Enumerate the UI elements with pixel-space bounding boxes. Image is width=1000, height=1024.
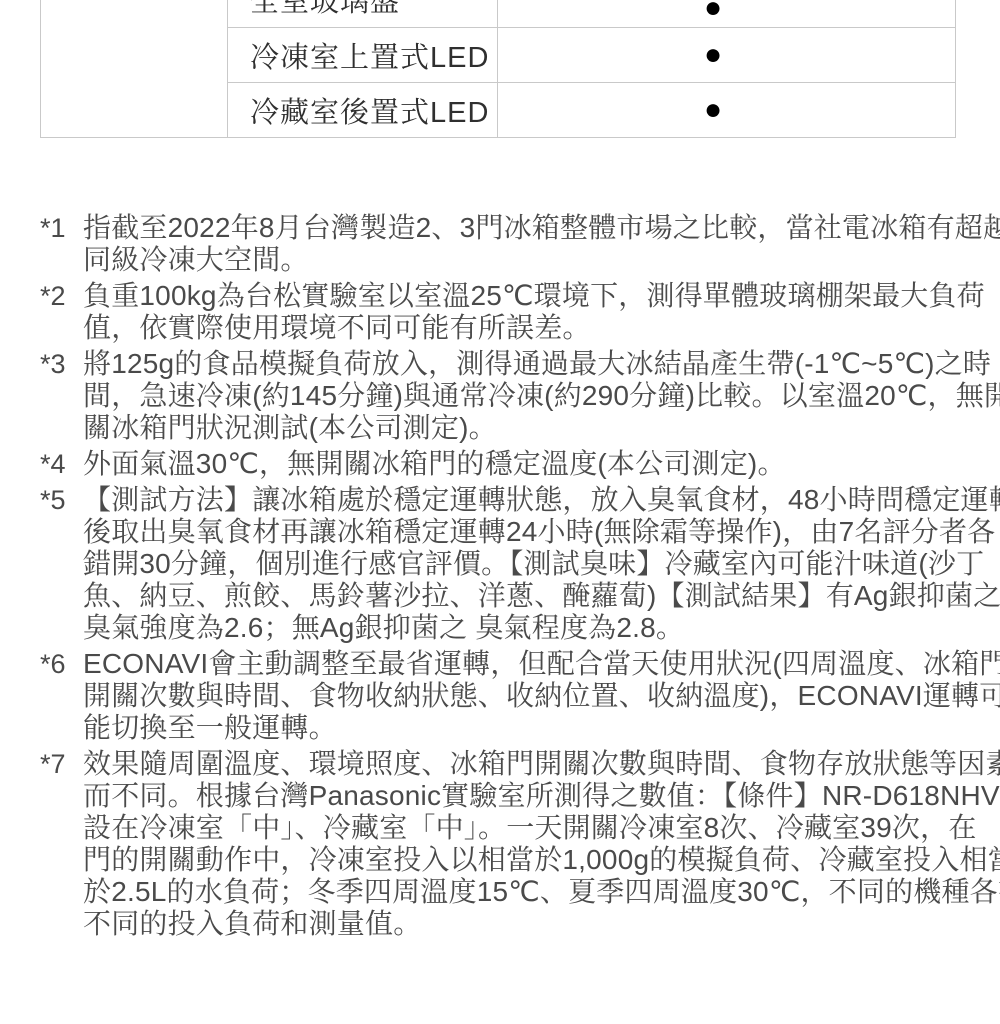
feature-label-cell: 冷藏室後置式LED (228, 83, 498, 137)
footnote-line: 門的開關動作中，冷凍室投入以相當於1,000g的模擬負荷、冷藏室投入相當 (83, 844, 960, 876)
footnote-line: 不同的投入負荷和測量值。 (83, 908, 960, 940)
footnote-line: 外面氣溫30℃，無開關冰箱門的穩定溫度(本公司測定)。 (83, 448, 960, 480)
feature-label-cell: 全室玻璃盤 (228, 0, 498, 27)
footnote-line: 值，依實際使用環境不同可能有所誤差。 (83, 312, 960, 344)
footnote-line: 設在冷凍室「中」、冷藏室「中」。一天開關冷凍室8次、冷藏室39次，在 (83, 812, 960, 844)
footnote-item: *3 將125g的食品模擬負荷放入，測得通過最大冰結晶產生帶(-1℃~5℃)之時… (40, 348, 960, 444)
footnote-text: ECONAVI會主動調整至最省運轉，但配合當天使用狀況(四周溫度、冰箱門開關次數… (83, 648, 960, 744)
footnote-marker: *2 (40, 280, 83, 344)
footnote-line: ECONAVI會主動調整至最省運轉，但配合當天使用狀況(四周溫度、冰箱門 (83, 648, 960, 680)
footnote-line: 同級冷凍大空間。 (83, 244, 960, 276)
footnote-item: *4 外面氣溫30℃，無開關冰箱門的穩定溫度(本公司測定)。 (40, 448, 960, 480)
footnote-line: 臭氣強度為2.6；無Ag銀抑菌之 臭氣程度為2.8。 (83, 612, 960, 644)
footnote-line: 於2.5L的水負荷；冬季四周溫度15℃、夏季四周溫度30℃，不同的機種各有 (83, 876, 960, 908)
footnote-line: 開關次數與時間、食物收納狀態、收納位置、收納溫度)，ECONAVI運轉可 (83, 680, 960, 712)
footnote-line: 錯開30分鐘，個別進行感官評價。【測試臭味】冷藏室內可能汁味道(沙丁 (83, 548, 960, 580)
footnote-line: 後取出臭氧食材再讓冰箱穩定運轉24小時(無除霜等操作)，由7名評分者各自 (83, 516, 960, 548)
table-row: 冷凍室上置式LED ● (228, 28, 956, 84)
footnote-item: *5 【測試方法】讓冰箱處於穩定運轉狀態，放入臭氧食材，48小時問穩定運轉後取出… (40, 484, 960, 644)
footnote-text: 負重100kg為台松實驗室以室溫25℃環境下，測得單體玻璃棚架最大負荷值，依實際… (83, 280, 960, 344)
footnote-line: 魚、納豆、煎餃、馬鈴薯沙拉、洋蔥、醃蘿蔔)【測試結果】有Ag銀抑菌之 (83, 580, 960, 612)
product-spec-page: 全室玻璃盤 ● 冷凍室上置式LED ● 冷藏室後置式LED ● *1 指截至20… (0, 0, 1000, 1024)
footnote-text: 外面氣溫30℃，無開關冰箱門的穩定溫度(本公司測定)。 (83, 448, 960, 480)
footnote-item: *1 指截至2022年8月台灣製造2、3門冰箱整體市場之比較，當社電冰箱有超越同… (40, 212, 960, 276)
availability-dot-icon: ● (704, 40, 722, 70)
footnote-line: 間，急速冷凍(約145分鐘)與通常冷凍(約290分鐘)比較。以室溫20℃，無開 (83, 380, 960, 412)
footnote-text: 指截至2022年8月台灣製造2、3門冰箱整體市場之比較，當社電冰箱有超越同級冷凍… (83, 212, 960, 276)
footnote-marker: *7 (40, 748, 83, 940)
availability-dot-icon: ● (704, 95, 722, 125)
table-row: 全室玻璃盤 ● (228, 0, 956, 28)
availability-dot-icon: ● (704, 0, 722, 23)
table-empty-column (40, 0, 228, 137)
footnotes-list: *1 指截至2022年8月台灣製造2、3門冰箱整體市場之比較，當社電冰箱有超越同… (40, 212, 960, 944)
footnote-text: 【測試方法】讓冰箱處於穩定運轉狀態，放入臭氧食材，48小時問穩定運轉後取出臭氧食… (83, 484, 960, 644)
feature-availability-cell: ● (498, 83, 956, 137)
footnote-marker: *5 (40, 484, 83, 644)
table-rows: 全室玻璃盤 ● 冷凍室上置式LED ● 冷藏室後置式LED ● (228, 0, 956, 137)
footnote-line: 關冰箱門狀況測試(本公司測定)。 (83, 412, 960, 444)
footnote-text: 將125g的食品模擬負荷放入，測得通過最大冰結晶產生帶(-1℃~5℃)之時間，急… (83, 348, 960, 444)
footnote-line: 【測試方法】讓冰箱處於穩定運轉狀態，放入臭氧食材，48小時問穩定運轉 (83, 484, 960, 516)
feature-table: 全室玻璃盤 ● 冷凍室上置式LED ● 冷藏室後置式LED ● (40, 0, 956, 138)
footnote-line: 指截至2022年8月台灣製造2、3門冰箱整體市場之比較，當社電冰箱有超越 (83, 212, 960, 244)
footnote-item: *2 負重100kg為台松實驗室以室溫25℃環境下，測得單體玻璃棚架最大負荷值，… (40, 280, 960, 344)
feature-label-cell: 冷凍室上置式LED (228, 28, 498, 83)
footnote-marker: *1 (40, 212, 83, 276)
footnote-item: *6 ECONAVI會主動調整至最省運轉，但配合當天使用狀況(四周溫度、冰箱門開… (40, 648, 960, 744)
footnote-line: 將125g的食品模擬負荷放入，測得通過最大冰結晶產生帶(-1℃~5℃)之時 (83, 348, 960, 380)
feature-label: 冷凍室上置式LED (250, 35, 489, 76)
footnote-line: 效果隨周圍溫度、環境照度、冰箱門開關次數與時間、食物存放狀態等因素 (83, 748, 960, 780)
footnote-marker: *3 (40, 348, 83, 444)
feature-availability-cell: ● (498, 28, 956, 83)
spec-table: 全室玻璃盤 ● 冷凍室上置式LED ● 冷藏室後置式LED ● (40, 0, 956, 138)
footnote-line: 而不同。根據台灣Panasonic實驗室所測得之數值：【條件】NR-D618NH… (83, 780, 960, 812)
footnote-line: 負重100kg為台松實驗室以室溫25℃環境下，測得單體玻璃棚架最大負荷 (83, 280, 960, 312)
feature-label: 冷藏室後置式LED (250, 90, 489, 131)
feature-availability-cell: ● (498, 0, 956, 27)
footnote-line: 能切換至一般運轉。 (83, 712, 960, 744)
footnote-text: 效果隨周圍溫度、環境照度、冰箱門開關次數與時間、食物存放狀態等因素而不同。根據台… (83, 748, 960, 940)
footnote-marker: *6 (40, 648, 83, 744)
footnote-marker: *4 (40, 448, 83, 480)
table-row: 冷藏室後置式LED ● (228, 83, 956, 137)
footnote-item: *7 效果隨周圍溫度、環境照度、冰箱門開關次數與時間、食物存放狀態等因素而不同。… (40, 748, 960, 940)
feature-label: 全室玻璃盤 (250, 0, 400, 20)
